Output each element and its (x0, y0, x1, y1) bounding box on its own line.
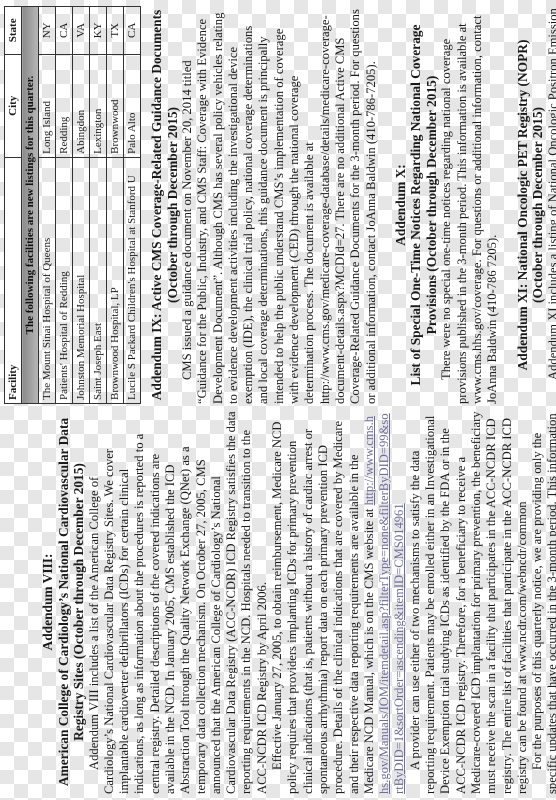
rotated-document-page: Facility City State The following facili… (0, 0, 556, 800)
city-cell: Long Island (39, 54, 56, 157)
addendum-xi-title: Addendum XI: National Oncologic PET Regi… (515, 6, 531, 404)
city-cell: Abingdon (73, 54, 90, 157)
addendum-x-subtitle: List of Special One-Time Notices Regardi… (408, 6, 439, 404)
addendum-viii-subtitle: American College of Cardiology’s Nationa… (56, 410, 87, 794)
right-column: Addendum VIII: American College of Cardi… (40, 410, 556, 794)
addendum-x-body: There were no special one-time notices r… (439, 6, 500, 404)
header-facility: Facility (5, 157, 22, 403)
table-row: Brownwood Hospital, LP Brownwood TX (107, 7, 124, 404)
addendum-viii-title: Addendum VIII: (40, 410, 56, 794)
addendum-ix-subtitle: (October through December 2015) (165, 6, 181, 404)
addendum-xi-body: Addendum XI includes a listing of Nation… (546, 6, 556, 404)
facility-cell: Saint Joseph East (90, 157, 107, 403)
city-cell: Redding (56, 54, 73, 157)
state-cell: VA (73, 7, 90, 55)
city-cell: Brownwood (107, 54, 124, 157)
facility-cell: The Mount Sinai Hospital of Queens (39, 157, 56, 403)
facility-cell: Brownwood Hospital, LP (107, 157, 124, 403)
city-cell: Palo Alto (124, 54, 141, 157)
addendum-viii-para-3: A provider can use either of two mechani… (408, 410, 530, 794)
addendum-ix-body-text: CMS issued a guidance document on Novemb… (180, 13, 316, 404)
table-row: Johnston Memorial Hospital Abingdon VA (73, 7, 90, 404)
facility-cell: Lucile S Packard Children's Hospital at … (124, 157, 141, 403)
left-column: Facility City State The following facili… (4, 6, 556, 404)
table-row: Lucile S Packard Children's Hospital at … (124, 7, 141, 404)
addendum-viii-para-4: For the purposes of this quarterly notic… (530, 410, 556, 794)
addendum-x-title: Addendum X: (393, 6, 409, 404)
city-cell: Lexington (90, 54, 107, 157)
table-header-row: Facility City State (5, 7, 22, 404)
table-row: The Mount Sinai Hospital of Queens Long … (39, 7, 56, 404)
addendum-ix-body: CMS issued a guidance document on Novemb… (180, 6, 379, 404)
state-cell: NY (39, 7, 56, 55)
addendum-viii-para-1: Addendum VIII includes a list of the Ame… (87, 410, 271, 794)
state-cell: CA (124, 7, 141, 55)
table-row: Patients' Hospital of Redding Redding CA (56, 7, 73, 404)
header-city: City (5, 54, 22, 157)
addendum-ix-title: Addendum IX: Active CMS Coverage-Related… (149, 6, 165, 404)
table-banner-row: The following facilities are new listing… (22, 7, 39, 404)
table-row: Saint Joseph East Lexington KY (90, 7, 107, 404)
addendum-viii-para-2: Effective January 27, 2005, to obtain re… (270, 410, 408, 794)
addendum-viii-para-2-text: Effective January 27, 2005, to obtain re… (270, 421, 376, 794)
new-listings-banner: The following facilities are new listing… (22, 7, 39, 404)
facility-cell: Patients' Hospital of Redding (56, 157, 73, 403)
facility-cell: Johnston Memorial Hospital (73, 157, 90, 403)
state-cell: TX (107, 7, 124, 55)
state-cell: CA (56, 7, 73, 55)
facilities-table: Facility City State The following facili… (4, 6, 141, 404)
header-state: State (5, 7, 22, 55)
addendum-xi-subtitle: (October through December 2015) (530, 6, 546, 404)
state-cell: KY (90, 7, 107, 55)
